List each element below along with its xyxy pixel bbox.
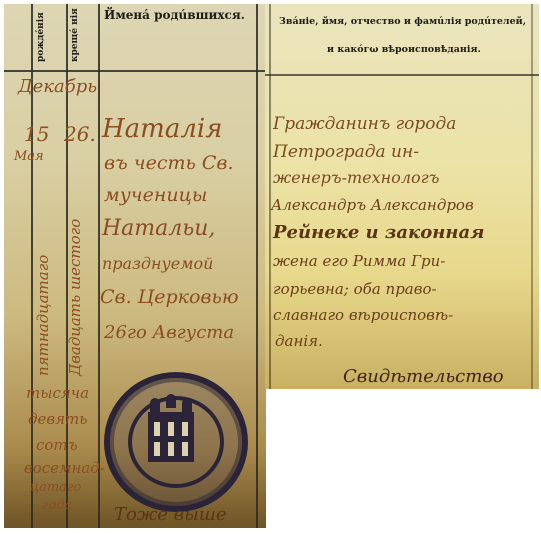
baptism-day: 26. [64,122,96,146]
header-baptism: крещé нія [70,8,80,62]
month: Декабрь [18,76,97,97]
right-page-fragment: Звáніе, ймя, отчество и фамúлія родúтеле… [265,4,539,389]
entry-line: жена его Римма Гри- [273,252,445,270]
header-parents: Звáніе, ймя, отчество и фамúлія родúтеле… [279,16,526,27]
church-seal-stamp [104,372,248,512]
year-line: цатаго [30,480,81,495]
year-line: сотъ [36,436,78,454]
signature: Свидѣтельство [343,366,504,387]
church-icon [148,412,194,462]
header-rule [4,70,266,72]
birth-day-words: пятнадцатаго [34,255,52,376]
year-line: восемнад- [24,459,105,477]
entry-line: женеръ-технологъ [273,168,439,187]
left-page-fragment: рожде́нія крещé нія Йменá родúвшихся. Де… [4,4,266,528]
entry-line: Петрограда ин- [273,142,419,162]
baptism-day-words: Двадцать шестого [66,219,84,376]
name-line: Св. Церковью [100,286,239,308]
entry-line: данія. [275,332,323,350]
name-line: въ честь Св. [104,152,234,174]
header-confession: и какóгω вѣроисповѣданія. [327,44,481,55]
column-rule [98,4,100,528]
name-line: празднуемой [102,254,213,273]
bottom-note: Тоже выше [114,504,227,525]
name-line: Наталія [102,114,222,144]
header-rule [265,74,539,76]
year-line: года [42,498,72,513]
birth-day: 15 [24,122,49,146]
entry-line: Гражданинъ города [273,114,456,134]
birth-month: Мая [14,149,44,164]
name-line: мученицы [104,184,207,206]
name-line: Натальи, [102,216,215,241]
header-birth: рожде́нія [36,12,46,62]
header-names: Йменá родúвшихся. [104,8,245,22]
column-rule [256,4,258,528]
entry-line: Рейнеке и законная [273,222,484,243]
column-rule [531,4,533,389]
entry-line: горьевна; оба право- [273,280,437,298]
name-line: 26го Августа [104,322,234,343]
year-line: девять [28,410,87,428]
entry-line: Александръ Александров [271,196,474,214]
year-line: тысяча [26,384,89,402]
entry-line: славнаго вѣроисповѣ- [273,306,453,324]
